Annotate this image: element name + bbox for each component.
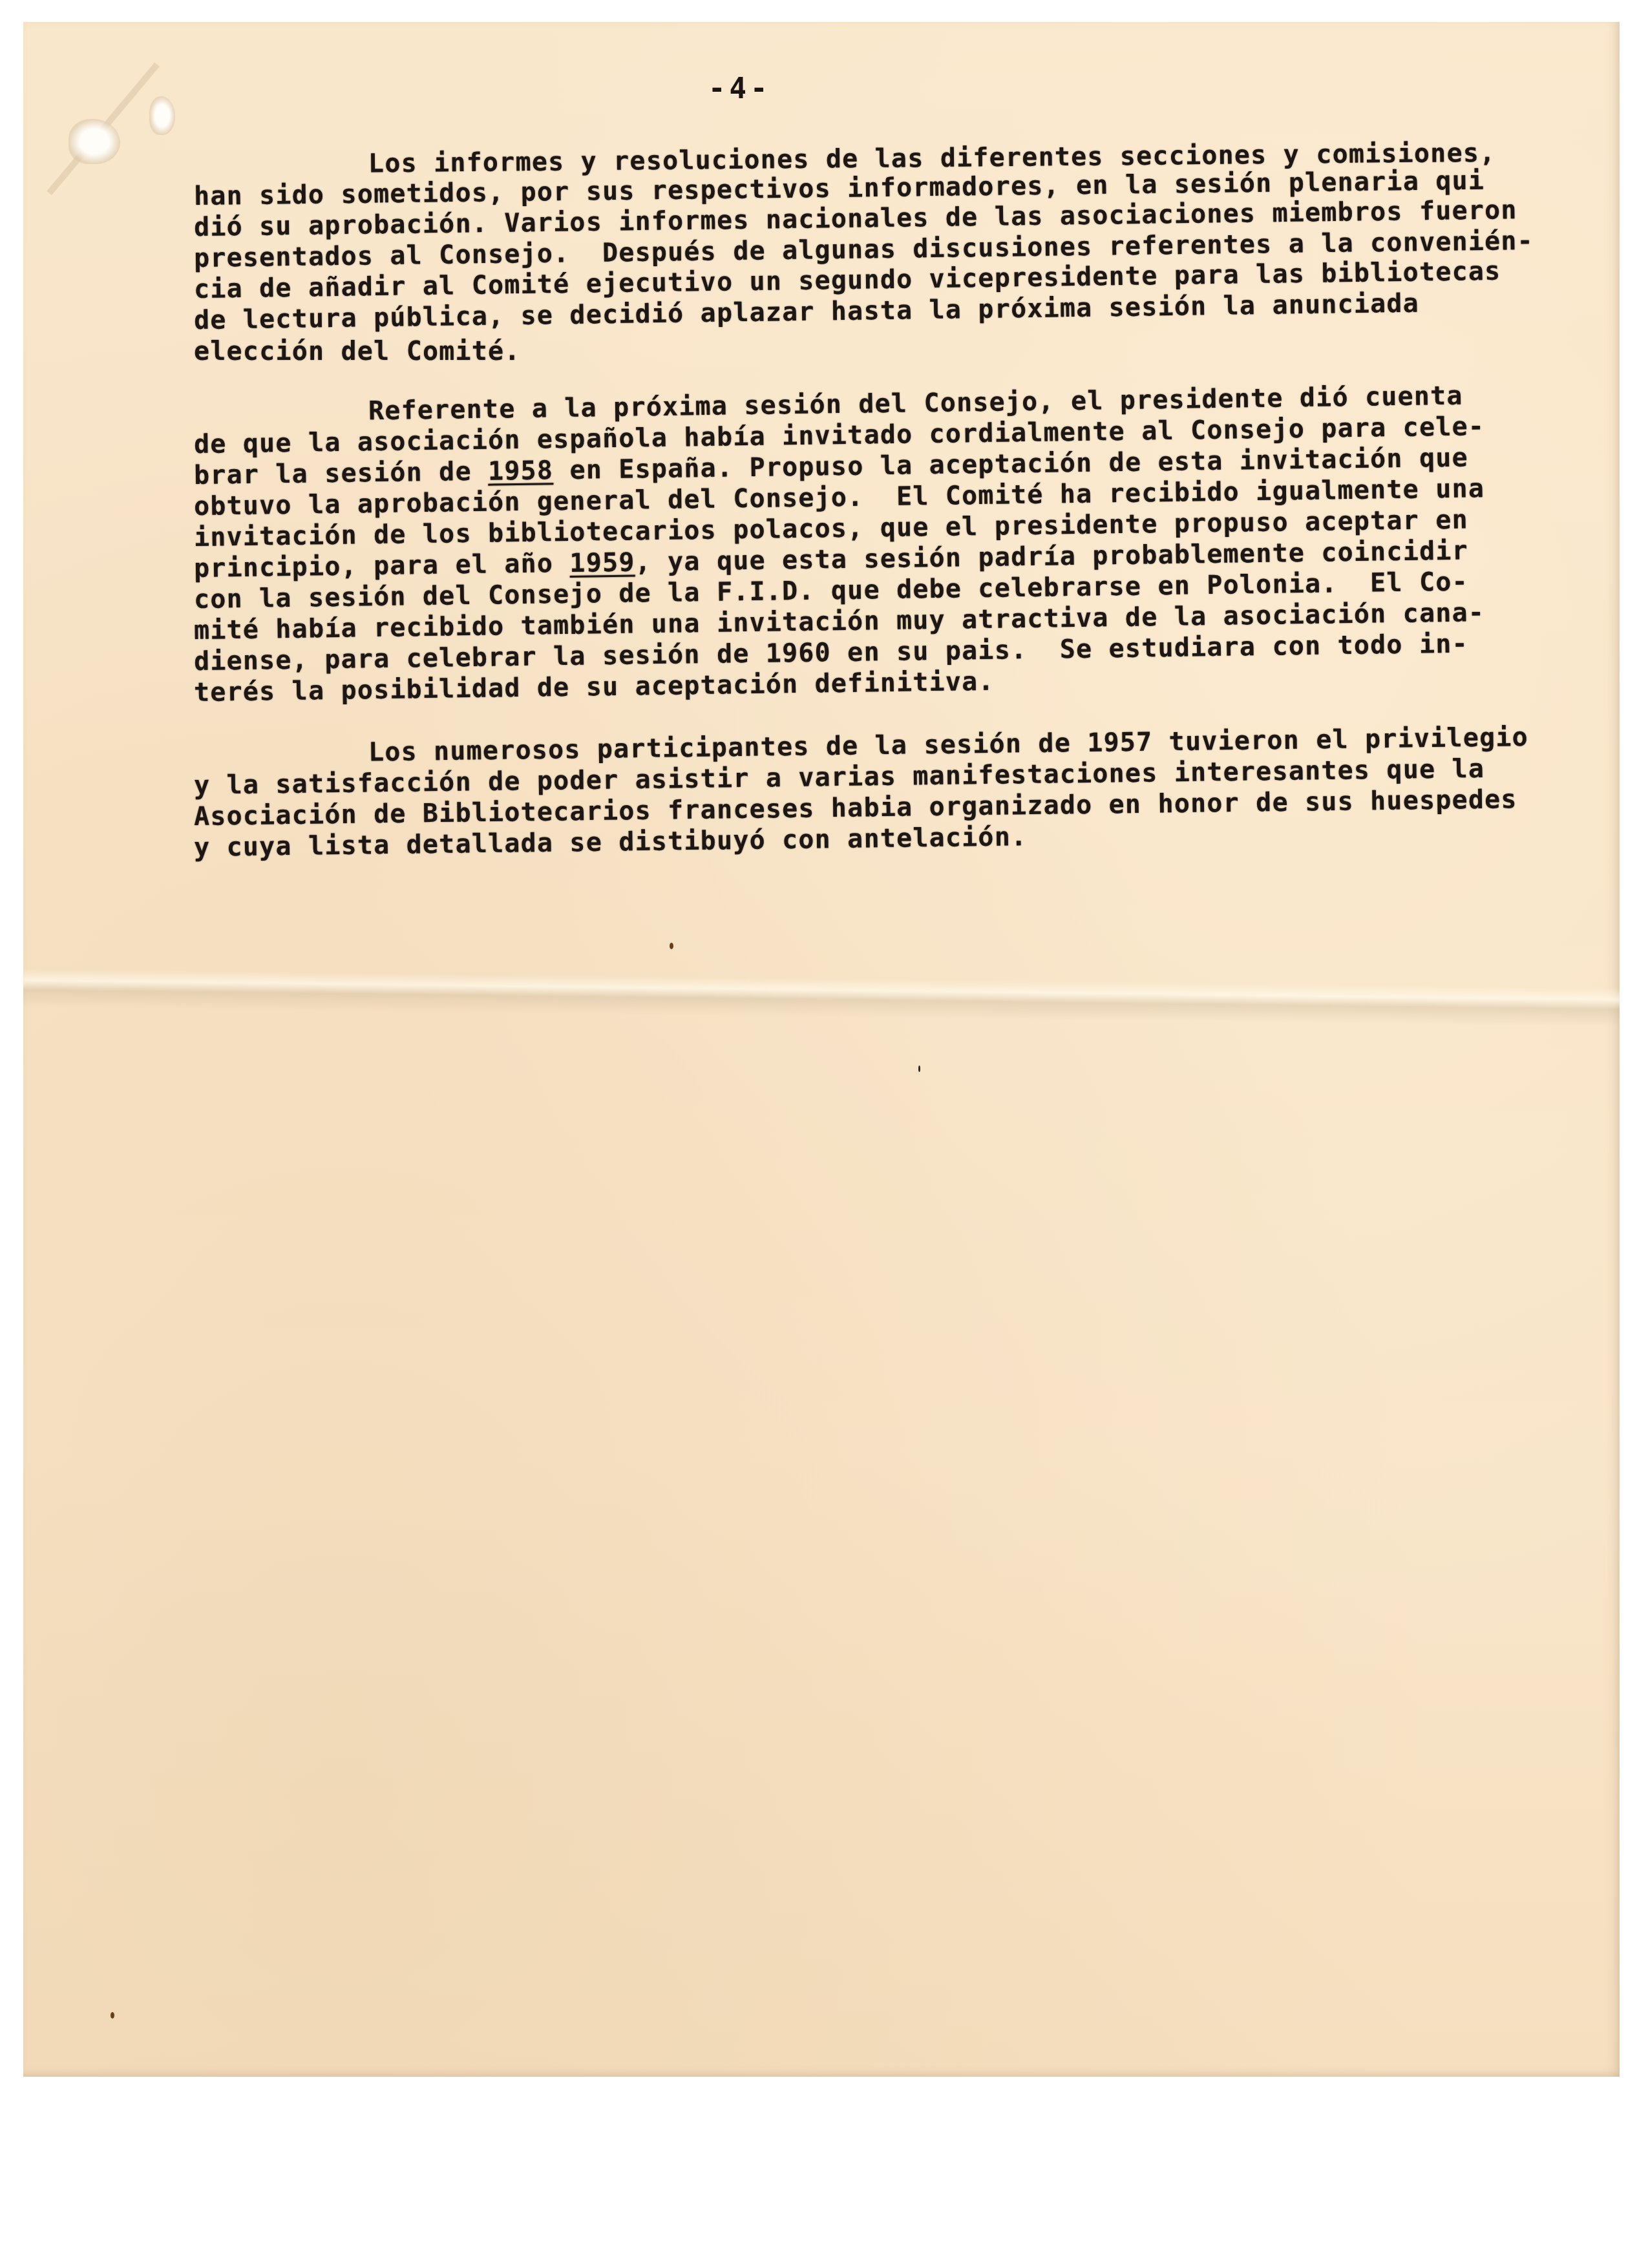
underlined-year: 1958 [488,456,554,486]
paper-speck [918,1066,920,1072]
paragraph-next-sessions: Referente a la próxima sesión del Consej… [194,398,1583,708]
text-line: elección del Comité. [194,336,1583,367]
paper-fold-crease [23,969,1620,1027]
paragraph-reports-approval: Los informes y resoluciones de las difer… [194,150,1583,367]
page-number: -4- [708,72,771,105]
paragraph-participants: Los numerosos participantes de la sesión… [194,739,1583,863]
paper-tear-mark [69,119,120,164]
paper-stain [670,943,673,949]
paper-stain [111,2012,114,2019]
document-body: Los informes y resoluciones de las difer… [194,150,1583,894]
underlined-year: 1959 [569,547,635,578]
paper-tear-mark [149,96,175,135]
